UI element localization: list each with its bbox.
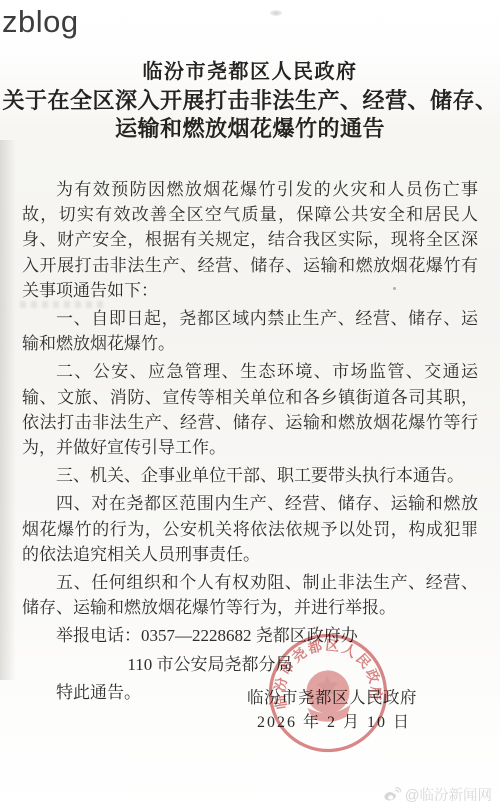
- page: zblog 临汾市尧都区人民政府 关于在全区深入开展打击非法生产、经营、储存、 …: [0, 0, 500, 811]
- national-emblem-icon: [305, 669, 352, 723]
- paragraph-item-4: 四、对在尧都区范围内生产、经营、储存、运输和燃放烟花爆竹的行为，公安机关将依法依…: [22, 491, 478, 567]
- paragraph-item-5: 五、任何组织和个人有权劝阻、制止非法生产、经营、储存、运输和燃放烟花爆竹等行为，…: [22, 570, 478, 620]
- paragraph-item-2: 二、公安、应急管理、生态环境、市场监管、交通运输、文旅、消防、宣传等相关单位和各…: [22, 359, 478, 460]
- watermark-text: @临汾新闻网: [405, 784, 492, 805]
- watermark: @临汾新闻网: [383, 784, 492, 805]
- title-line-2: 关于在全区深入开展打击非法生产、经营、储存、: [0, 87, 500, 115]
- title-line-3: 运输和燃放烟花爆竹的通告: [0, 115, 500, 143]
- site-logo[interactable]: zblog: [2, 6, 79, 37]
- paper-edge-shadow: [0, 140, 16, 680]
- paragraph-item-1: 一、自即日起，尧都区域内禁止生产、经营、储存、运输和燃放烟花爆竹。: [22, 306, 478, 356]
- title-line-1: 临汾市尧都区人民政府: [0, 58, 500, 87]
- paper-smudge: [270, 10, 282, 16]
- paragraph-item-3: 三、机关、企事业单位干部、职工要带头执行本通告。: [22, 463, 478, 488]
- official-seal: 临汾市尧都区人民政府: [246, 611, 410, 775]
- paragraph-intro: 为有效预防因燃放烟花爆竹引发的火灾和人员伤亡事故，切实有效改善全区空气质量，保障…: [22, 177, 478, 303]
- document-title: 临汾市尧都区人民政府 关于在全区深入开展打击非法生产、经营、储存、 运输和燃放烟…: [0, 58, 500, 143]
- weibo-icon: [383, 787, 401, 802]
